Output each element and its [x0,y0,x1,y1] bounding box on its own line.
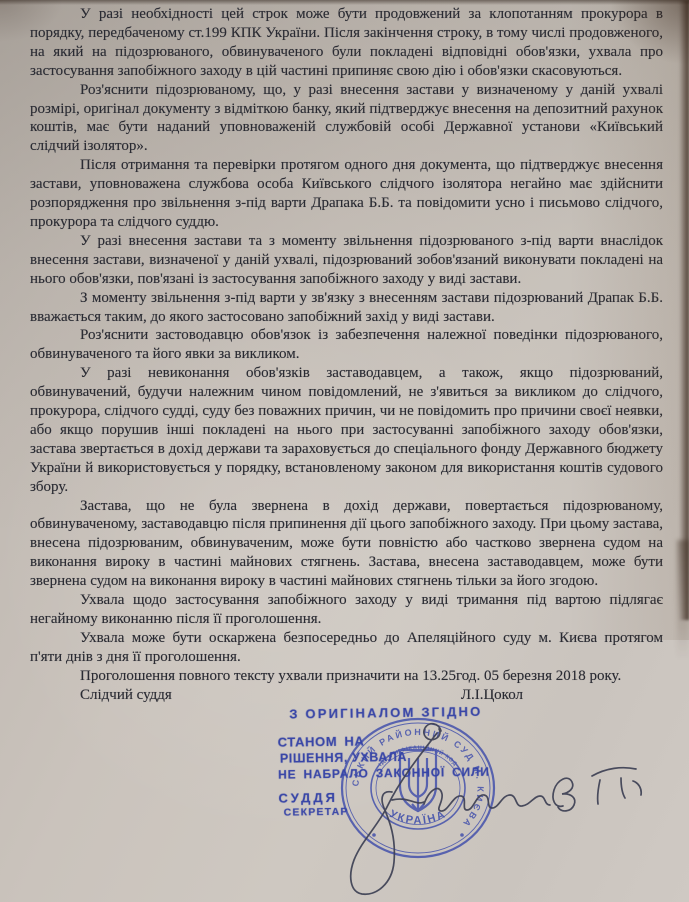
photo-shadow-top-right [519,0,689,120]
stamp-line-judge: СУДДЯ [278,790,338,806]
signature-stroke [553,778,575,811]
photo-dark-right-edge [679,0,689,620]
seal-dot-left [372,833,376,837]
photo-shadow-top-left [0,0,90,60]
seal-dot-right [460,833,464,837]
paragraph: Проголошення повного тексту ухвали призн… [30,667,663,686]
court-seal: ПЕЧЕРСЬКИЙ РАЙОННИЙ СУД М. КИЄВА ІДЕНТИФ… [338,716,498,861]
photo-dark-right-edge-fade [677,540,689,660]
judge-title: Слідчий суддя [80,686,172,705]
document-photo: У разі необхідності цей строк може бути … [0,0,689,902]
signature-row: Слідчий суддя Л.І.Цокол [30,686,663,705]
signature-stroke [592,768,641,804]
trident-icon [400,750,436,812]
